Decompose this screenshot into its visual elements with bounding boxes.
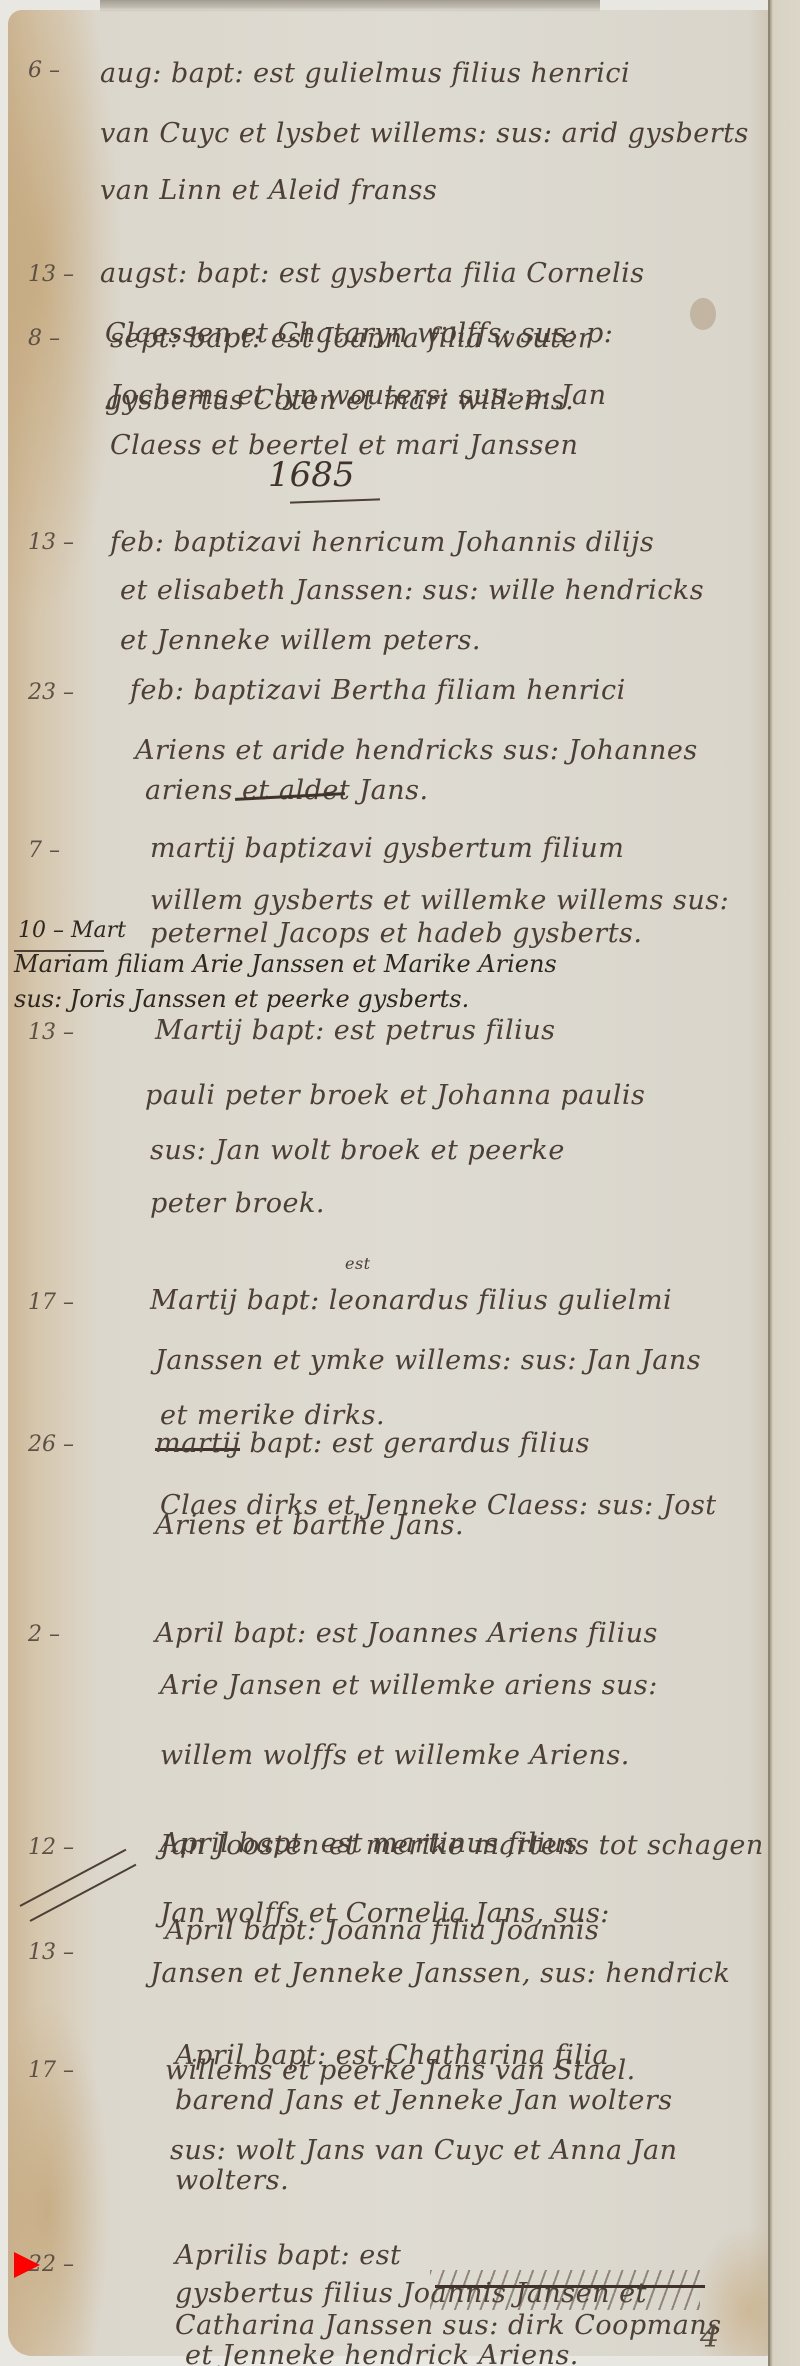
- entry-line: van Cuyc et lysbet willems: sus: arid gy…: [100, 118, 749, 149]
- red-triangle-marker-icon: [14, 2252, 40, 2278]
- entry-line: sus: Jan wolt broek et peerke: [150, 1135, 565, 1166]
- entry-date: 13 –: [28, 1940, 74, 1965]
- page-top-edge: [100, 0, 600, 12]
- manuscript-page: [8, 10, 770, 2356]
- underline-stroke: [14, 950, 104, 952]
- entry-line: sept: bapt: est Joanna filia wouter: [110, 323, 591, 354]
- entry-line: peter broek.: [150, 1188, 325, 1219]
- entry-line: Ariens et aride hendricks sus: Johannes: [135, 735, 698, 766]
- entry-line: April bapt: est Joannes Ariens filius: [155, 1618, 658, 1649]
- entry-line: barend Jans et Jenneke Jan wolters: [175, 2085, 673, 2116]
- entry-line: gysbertus filius Joannis Jansen et: [175, 2278, 647, 2309]
- entry-date: 17 –: [28, 1290, 74, 1315]
- entry-date: 8 –: [28, 326, 60, 351]
- entry-date: 2 –: [28, 1622, 60, 1647]
- entry-line: Jansen et Jenneke Janssen, sus: hendrick: [150, 1958, 730, 1989]
- entry-line: Martij bapt: leonardus filius gulielmi: [150, 1285, 672, 1316]
- entry-line: feb: baptizavi henricum Johannis dilijs: [110, 527, 654, 558]
- entry-line: martij bapt: est gerardus filius: [155, 1428, 590, 1459]
- entry-date: 26 –: [28, 1432, 74, 1457]
- entry-date: 6 –: [28, 58, 60, 83]
- entry-line: et elisabeth Janssen: sus: wille hendric…: [120, 575, 704, 606]
- margin-note-line: 10 – Mart: [18, 918, 126, 943]
- entry-date: 23 –: [28, 680, 74, 705]
- margin-note-line: Mariam filiam Arie Janssen et Marike Ari…: [14, 950, 557, 978]
- entry-date: 13 –: [28, 530, 74, 555]
- entry-line: augst: bapt: est gysberta filia Cornelis: [100, 258, 645, 289]
- entry-line: martij baptizavi gysbertum filium: [150, 833, 624, 864]
- entry-line: willem gysberts et willemke willems sus:: [150, 885, 729, 916]
- entry-line: Martij bapt: est petrus filius: [155, 1015, 556, 1046]
- entry-line: wolters.: [175, 2165, 289, 2196]
- entry-line: Ariens et barthe Jans.: [155, 1510, 464, 1541]
- entry-line: van Linn et Aleid franss: [100, 175, 437, 206]
- ink-stain: [690, 298, 716, 330]
- entry-line: peternel Jacops et hadeb gysberts.: [150, 918, 642, 949]
- entry-line: feb: baptizavi Bertha filiam henrici: [130, 675, 626, 706]
- entry-line: et Jenneke willem peters.: [120, 625, 481, 656]
- entry-line: et Jenneke hendrick Ariens.: [185, 2340, 579, 2366]
- superscript-note: est: [345, 1254, 371, 1273]
- entry-date: 13 –: [28, 1020, 74, 1045]
- year-heading: 1685: [268, 455, 355, 495]
- entry-line: aug: bapt: est gulielmus filius henrici: [100, 58, 630, 89]
- entry-date: 12 –: [28, 1835, 74, 1860]
- entry-line: Arie Jansen et willemke ariens sus:: [160, 1670, 658, 1701]
- entry-line: willem wolffs et willemke Ariens.: [160, 1740, 630, 1771]
- adjacent-page-edge: [770, 0, 800, 2366]
- entry-line: April bapt: est Chatharina filia: [175, 2040, 609, 2071]
- entry-date: 13 –: [28, 262, 74, 287]
- entry-line: Jan Joosten et merike martens tot schage…: [160, 1830, 764, 1861]
- entry-line: ariens et aldet Jans.: [145, 775, 429, 806]
- entry-line: et merike dirks.: [160, 1400, 385, 1431]
- margin-note-line: sus: Joris Janssen et peerke gysberts.: [14, 985, 469, 1013]
- entry-line: Aprilis bapt: est: [175, 2240, 401, 2271]
- folio-number: 4: [700, 2320, 719, 2355]
- entry-line: Catharina Janssen sus: dirk Coopmans: [175, 2310, 722, 2341]
- entry-line: Janssen et ymke willems: sus: Jan Jans: [155, 1345, 701, 1376]
- entry-line: April bapt: Joanna filia Joannis: [165, 1915, 599, 1946]
- entry-date: 17 –: [28, 2058, 74, 2083]
- entry-date: 7 –: [28, 838, 60, 863]
- entry-line: pauli peter broek et Johanna paulis: [145, 1080, 645, 1111]
- entry-line: Jochems et lyn wouters: sus: p: Jan: [110, 380, 606, 411]
- entry-line: sus: wolt Jans van Cuyc et Anna Jan: [170, 2135, 677, 2166]
